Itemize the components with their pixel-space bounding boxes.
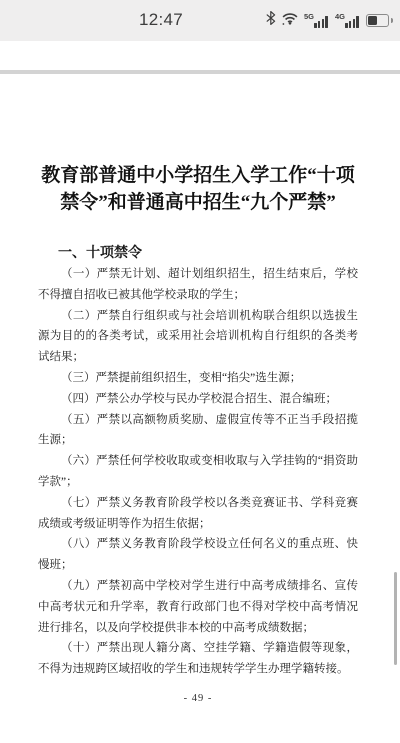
bluetooth-icon <box>266 11 276 30</box>
paragraph-item-9: （九）严禁初高中学校对学生进行中高考成绩排名、宣传中高考状元和升学率，教育行政部… <box>38 576 358 638</box>
wifi-icon <box>282 12 298 30</box>
document-page[interactable]: 教育部普通中小学招生入学工作“十项 禁令”和普通高中招生“九个严禁” 一、十项禁… <box>0 74 400 743</box>
previous-page-bottom <box>0 41 400 70</box>
paragraph-item-7: （七）严禁义务教育阶段学校以各类竞赛证书、学科竞赛成绩或考级证明等作为招生依据； <box>38 493 358 535</box>
paragraph-item-1: （一）严禁无计划、超计划组织招生，招生结束后，学校不得擅自招收已被其他学校录取的… <box>38 264 358 306</box>
signal-4g-label: 4G <box>335 13 345 20</box>
paragraph-item-2: （二）严禁自行组织或与社会培训机构联合组织以选拔生源为目的的各类考试，或采用社会… <box>38 306 358 368</box>
document-title-line1: 教育部普通中小学招生入学工作“十项 <box>34 163 362 190</box>
paragraph-item-4: （四）严禁公办学校与民办学校混合招生、混合编班； <box>38 389 358 410</box>
document-title-line2: 禁令”和普通高中招生“九个严禁” <box>34 190 362 217</box>
paragraph-item-8: （八）严禁义务教育阶段学校设立任何名义的重点班、快慢班； <box>38 534 358 576</box>
status-bar: 12:47 5G 4G <box>0 0 400 41</box>
signal-4g-icon: 4G <box>335 13 360 29</box>
signal-5g-label: 5G <box>304 13 314 20</box>
battery-nub <box>391 18 393 23</box>
clock: 12:47 <box>139 10 183 30</box>
signal-5g-icon: 5G <box>304 13 329 29</box>
paragraph-item-6: （六）严禁任何学校收取或变相收取与入学挂钩的“捐资助学款”； <box>38 451 358 493</box>
paragraph-item-3: （三）严禁提前组织招生，变相“掐尖”选生源； <box>38 368 358 389</box>
document-title: 教育部普通中小学招生入学工作“十项 禁令”和普通高中招生“九个严禁” <box>34 163 362 216</box>
battery-fill <box>368 16 377 25</box>
paragraph-item-5: （五）严禁以高额物质奖励、虚假宣传等不正当手段招揽生源； <box>38 410 358 452</box>
signal-4g-bars <box>345 16 359 28</box>
paragraph-item-10: （十）严禁出现人籍分离、空挂学籍、学籍造假等现象，不得为违规跨区域招收的学生和违… <box>38 638 358 680</box>
page-number: - 49 - <box>38 693 358 704</box>
signal-5g-bars <box>314 16 328 28</box>
status-icons: 5G 4G <box>266 0 393 41</box>
battery-icon <box>366 14 389 27</box>
section-heading: 一、十项禁令 <box>38 243 358 264</box>
scrollbar-thumb[interactable] <box>394 572 397 665</box>
document-body: （一）严禁无计划、超计划组织招生，招生结束后，学校不得擅自招收已被其他学校录取的… <box>38 264 358 680</box>
